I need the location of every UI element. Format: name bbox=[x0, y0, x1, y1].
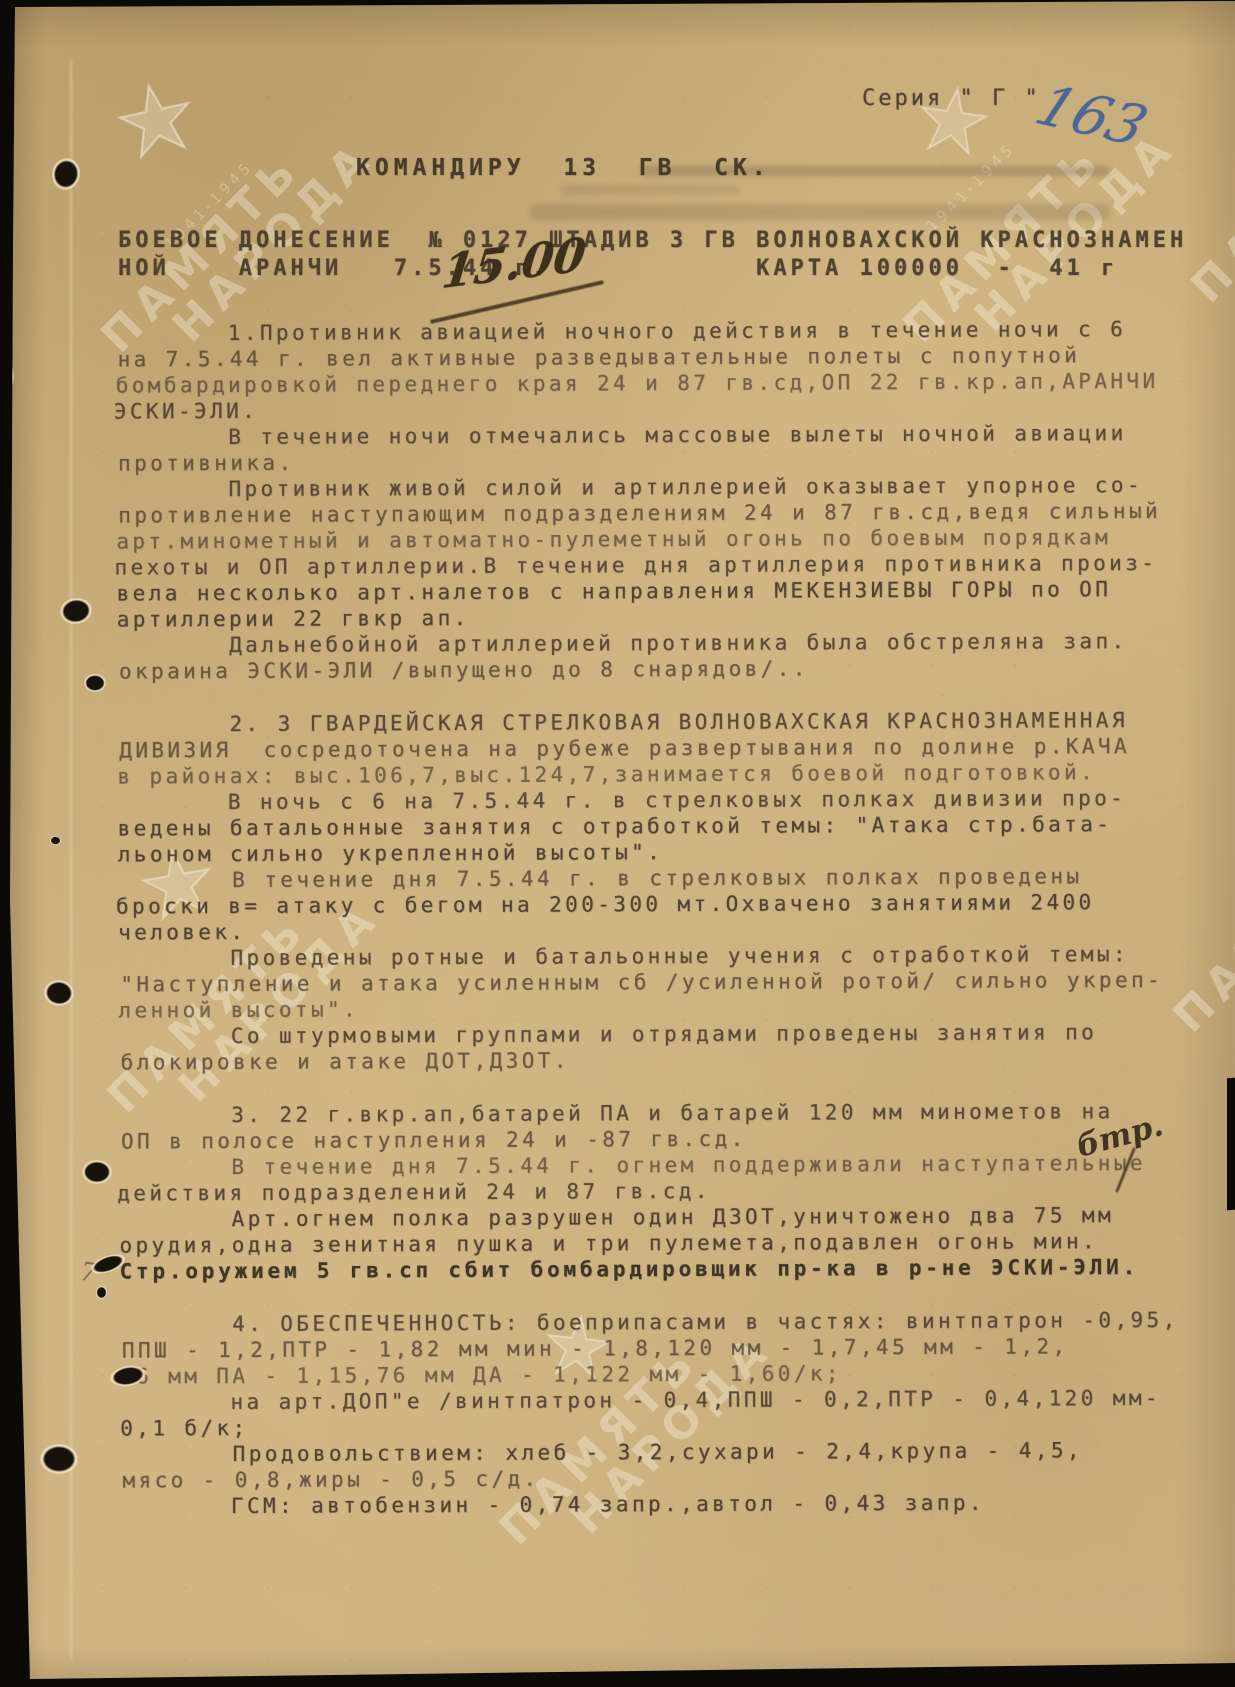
paragraph: В течение ночи отмечались массовые вылет… bbox=[116, 420, 1235, 477]
text-line: на арт.ДОП"е /винтпатрон - 0,4,ППШ - 0,2… bbox=[118, 1385, 1235, 1416]
punch-hole bbox=[96, 1286, 107, 1299]
report-title-line-1: БОЕВОЕ ДОНЕСЕНИЕ № 0127 ШТАДИВ 3 ГВ ВОЛН… bbox=[118, 227, 1187, 255]
addressee-line: КОМАНДИРУ 13 ГВ СК. bbox=[356, 155, 771, 181]
text-line: В ночь с 6 на 7.5.44 г. в стрелковых пол… bbox=[115, 785, 1235, 816]
paragraph: Проведены ротные и батальонные учения с … bbox=[118, 941, 1235, 1024]
paper-fold-line bbox=[70, 60, 72, 1660]
paragraph: 1.Противник авиацией ночного действия в … bbox=[115, 316, 1235, 425]
text-line: пехоты и ОП артиллерии.В течение дня арт… bbox=[114, 550, 1235, 581]
watermark-star-icon bbox=[111, 73, 202, 167]
text-line: вела несколько арт.налетов с направления… bbox=[117, 576, 1235, 607]
punch-hole bbox=[58, 596, 93, 626]
paragraph: Стр.оружием 5 гв.сп сбит бомбардировщик … bbox=[119, 1254, 1235, 1285]
punch-hole bbox=[40, 1444, 78, 1474]
report-title-line-2: НОЙ АРАНЧИ 7.5.44 г. КАРТА 100000 - 41 г bbox=[118, 255, 1187, 283]
scan-edge-gap bbox=[1227, 1078, 1235, 1211]
punch-hole bbox=[84, 674, 106, 692]
paragraph: 3. 22 г.вкр.ап,батарей ПА и батарей 120 … bbox=[119, 1098, 1235, 1259]
watermark-years: 1941-1945 bbox=[923, 139, 1019, 235]
body-text: 1.Противник авиацией ночного действия в … bbox=[115, 316, 1235, 1520]
paragraph: Со штурмовыми группами и отрядами провед… bbox=[118, 1019, 1235, 1076]
paragraph: 4. ОБЕСПЕЧЕННОСТЬ: боеприпасами в частях… bbox=[120, 1307, 1235, 1520]
text-line: окраина ЭСКИ-ЭЛИ /выпущено до 8 снарядов… bbox=[119, 654, 1235, 685]
text-line: Стр.оружием 5 гв.сп сбит бомбардировщик … bbox=[119, 1254, 1235, 1285]
punch-hole bbox=[0, 360, 14, 392]
ink-smudge bbox=[560, 186, 740, 194]
text-line: ведены батальонные занятия с отработкой … bbox=[118, 811, 1235, 842]
ink-smudge bbox=[530, 204, 1110, 220]
paragraph: Противник живой силой и артиллерией оказ… bbox=[116, 472, 1235, 633]
punch-hole bbox=[50, 836, 61, 845]
punch-hole bbox=[49, 156, 82, 192]
text-line: ГСМ: автобензин - 0,74 запр.,автол - 0,4… bbox=[119, 1489, 1235, 1520]
paragraph: Дальнебойной артиллерией противника была… bbox=[117, 628, 1235, 685]
series-label: Серия " Г " bbox=[862, 86, 1041, 111]
document-page: 1941-1945 ПАМЯТЬ НАРОДА 1941-1945 ПАМЯТЬ… bbox=[0, 0, 1235, 1687]
scan-background: { "meta": { "series_label": "Серия \" Г … bbox=[0, 0, 1235, 1687]
page-number-handwritten: 163 bbox=[1026, 74, 1156, 159]
text-line: броски в= атаку с бегом на 200-300 мт.Ох… bbox=[116, 889, 1235, 920]
text-line: блокировке и атаке ДОТ,ДЗОТ. bbox=[121, 1045, 1235, 1076]
text-line: действия подразделений 24 и 87 гв.сд. bbox=[117, 1176, 1235, 1207]
paragraph: 2. 3 ГВАРДЕЙСКАЯ СТРЕЛКОВАЯ ВОЛНОВАХСКАЯ… bbox=[117, 707, 1235, 946]
watermark-text: ПАМЯТЬ НАРОДА bbox=[1182, 51, 1235, 344]
punch-hole bbox=[82, 1160, 112, 1184]
